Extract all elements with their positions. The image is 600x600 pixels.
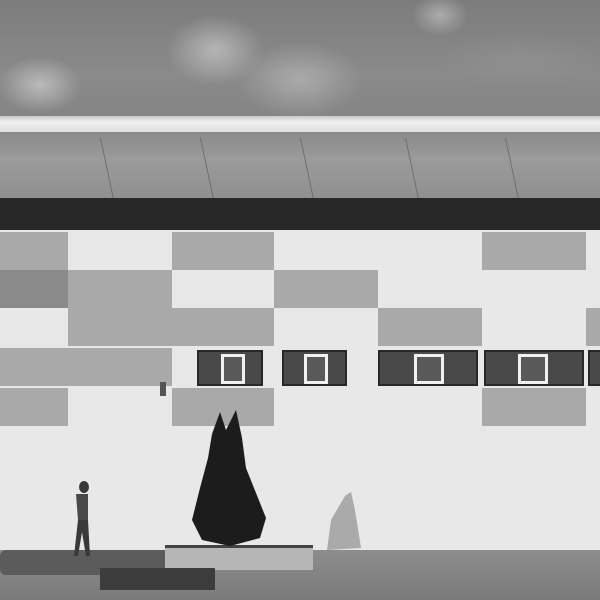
window xyxy=(282,350,347,386)
facade-panel xyxy=(0,348,68,386)
facade-panel xyxy=(0,388,68,426)
walking-person xyxy=(66,480,96,558)
window xyxy=(378,350,478,386)
dark-band xyxy=(0,198,600,230)
facade-panel xyxy=(172,308,274,346)
facade-panel xyxy=(482,388,586,426)
tree-shadow xyxy=(325,490,365,552)
window xyxy=(197,350,263,386)
planter xyxy=(165,545,313,570)
window xyxy=(484,350,584,386)
facade-panel xyxy=(68,308,172,346)
cloudy-sky xyxy=(0,0,600,122)
facade-panel xyxy=(172,232,274,270)
low-planter xyxy=(100,568,215,590)
facade-panel xyxy=(482,232,586,270)
facade-panel xyxy=(68,270,172,308)
facade-panel xyxy=(68,348,172,386)
facade-panel xyxy=(586,308,600,346)
facade-panel xyxy=(0,270,68,308)
conical-tree xyxy=(190,408,270,548)
window xyxy=(588,350,600,386)
facade-panel xyxy=(0,232,68,270)
facade-panel xyxy=(274,270,378,308)
wall-lamp xyxy=(160,382,166,396)
roof-edge xyxy=(0,116,600,132)
facade-panel xyxy=(378,308,482,346)
photograph: Black-and-white photo of a long low buil… xyxy=(0,0,600,600)
